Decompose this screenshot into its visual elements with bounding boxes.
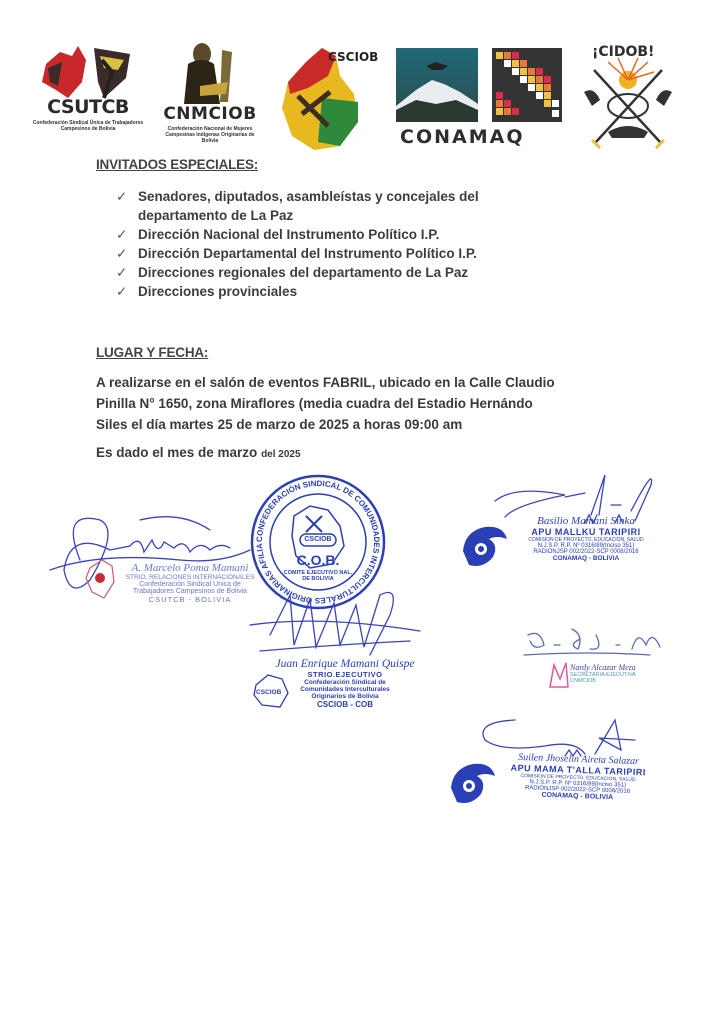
invitados-heading: INVITADOS ESPECIALES: bbox=[96, 157, 258, 172]
csciob-name: CSCIOB bbox=[328, 50, 378, 64]
stamp-signer-name: Nardy Alcazar Meza bbox=[570, 663, 670, 672]
cnmciob-subtitle: Confederación Nacional de Mujeres Campes… bbox=[160, 126, 260, 144]
csciob-stamp: Juan Enrique Mamani Quispe STRIO.EJECUTI… bbox=[270, 658, 420, 709]
stamp-signer-name: Juan Enrique Mamani Quispe bbox=[270, 658, 420, 670]
conamaq-stamp-2: Suilen Jhoselin Aireta Salazar APU MAMA … bbox=[502, 751, 654, 802]
list-item: ✓Direcciones regionales del departamento… bbox=[116, 263, 596, 282]
cnmciob-name: CNMCIOB bbox=[150, 104, 270, 124]
signature-cnmciob: Nardy Alcazar Meza SECRETARIA EJECUTIVA … bbox=[520, 615, 680, 695]
logo-csutcb: CSUTCB Confederación Sindical Única de T… bbox=[28, 42, 158, 152]
list-item-continuation: departamento de La Paz bbox=[116, 206, 596, 225]
signature-scribble-icon bbox=[240, 575, 430, 665]
stamp-signer-name: A. Marcelo Poma Mamani bbox=[110, 562, 270, 574]
cnmciob-emblem-icon bbox=[170, 42, 250, 112]
seal-center-logo: CSCIOB bbox=[300, 536, 336, 543]
logo-cidob: ¡CIDOB! bbox=[578, 44, 678, 154]
lugar-line: Pinilla N° 1650, zona Miraflores (media … bbox=[96, 393, 616, 414]
checkmark-icon: ✓ bbox=[116, 244, 138, 263]
checkmark-icon: ✓ bbox=[116, 282, 138, 301]
conamaq-stamp-1: Basilio Mamani Sinka APU MALLKU TARIPIRI… bbox=[511, 515, 661, 562]
lugar-paragraph: A realizarse en el salón de eventos FABR… bbox=[96, 372, 616, 435]
signature-csutcb: A. Marcelo Poma Mamani STRIO. RELACIONES… bbox=[40, 490, 260, 620]
signature-csciob: CSCIOB Juan Enrique Mamani Quispe STRIO.… bbox=[240, 575, 430, 720]
lugar-line: A realizarse en el salón de eventos FABR… bbox=[96, 372, 616, 393]
checkmark-icon: ✓ bbox=[116, 225, 138, 244]
logo-header: CSUTCB Confederación Sindical Única de T… bbox=[0, 30, 705, 160]
stamp-signer-name: Basilio Mamani Sinka bbox=[511, 515, 661, 527]
csutcb-subtitle: Confederación Sindical Única de Trabajad… bbox=[30, 120, 146, 132]
checkmark-icon: ✓ bbox=[116, 263, 138, 282]
csutcb-name: CSUTCB bbox=[28, 96, 148, 118]
logo-cnmciob: CNMCIOB Confederación Nacional de Mujere… bbox=[150, 42, 270, 157]
signature-conamaq-1: Basilio Mamani Sinka APU MALLKU TARIPIRI… bbox=[455, 465, 685, 590]
list-item: ✓Dirección Departamental del Instrumento… bbox=[116, 244, 596, 263]
logo-conamaq: CONAMAQ bbox=[396, 48, 566, 158]
cnmciob-stamp: Nardy Alcazar Meza SECRETARIA EJECUTIVA … bbox=[570, 663, 670, 684]
list-item: ✓Senadores, diputados, asambleístas y co… bbox=[116, 187, 596, 206]
lugar-heading: LUGAR Y FECHA: bbox=[96, 345, 208, 360]
lugar-line: Siles el día martes 25 de marzo de 2025 … bbox=[96, 414, 616, 435]
csutcb-emblem-icon bbox=[38, 42, 148, 102]
conamaq-stamp-condor-icon bbox=[447, 758, 497, 808]
cnmciob-stamp-emblem-icon bbox=[546, 661, 572, 691]
invitados-list: ✓Senadores, diputados, asambleístas y co… bbox=[116, 187, 596, 301]
seal-center-text: C.O.B. bbox=[288, 552, 348, 568]
list-item: ✓Direcciones provinciales bbox=[116, 282, 596, 301]
logo-csciob: CSCIOB bbox=[278, 40, 388, 155]
checkmark-icon: ✓ bbox=[116, 187, 138, 206]
conamaq-name: CONAMAQ bbox=[400, 126, 524, 148]
signature-conamaq-2: Suilen Jhoselin Aireta Salazar APU MAMA … bbox=[445, 710, 665, 830]
conamaq-stamp-condor-icon bbox=[459, 521, 509, 571]
cidob-emblem-icon bbox=[578, 56, 678, 156]
conamaq-emblem-icon bbox=[396, 48, 562, 122]
signature-scribble-icon bbox=[520, 615, 680, 665]
list-item: ✓Dirección Nacional del Instrumento Polí… bbox=[116, 225, 596, 244]
dado-line: Es dado el mes de marzo del 2025 bbox=[96, 442, 301, 465]
